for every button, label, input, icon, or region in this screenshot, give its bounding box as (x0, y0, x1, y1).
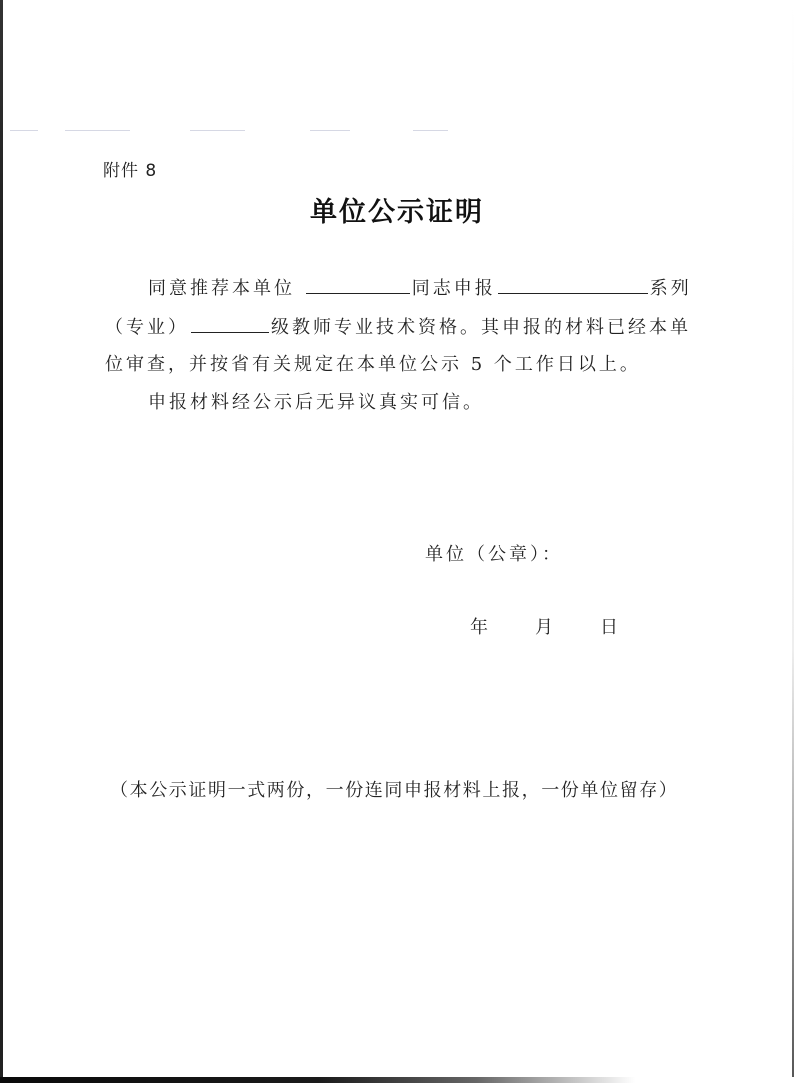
scan-artifact-line (310, 130, 350, 131)
paragraph1-line3: 位审查，并按省有关规定在本单位公示 5 个工作日以上。 (105, 350, 641, 376)
date-day-label: 日 (600, 613, 618, 639)
text-qualification: 级教师专业技术资格。其申报的材料已经本单 (271, 317, 691, 338)
scan-artifact-line (413, 130, 448, 131)
text-recommend: 同意推荐本单位 (148, 278, 295, 299)
series-field[interactable] (498, 275, 648, 294)
paragraph2: 申报材料经公示后无异议真实可信。 (148, 388, 484, 414)
text-major: （专业） (105, 317, 189, 338)
scan-artifact-line (190, 130, 245, 131)
scan-artifact-line (10, 130, 38, 131)
level-field[interactable] (191, 314, 269, 333)
scan-artifact-line (65, 130, 130, 131)
paragraph1-line2: （专业）级教师专业技术资格。其申报的材料已经本单 (105, 313, 691, 339)
attachment-label: 附件 8 (103, 156, 157, 181)
name-field[interactable] (306, 275, 410, 294)
footnote: （本公示证明一式两份，一份连同申报材料上报，一份单位留存） (110, 776, 678, 802)
text-apply: 同志申报 (412, 278, 496, 299)
seal-label: 单位（公章）： (425, 540, 563, 566)
paragraph1-line1: 同意推荐本单位 同志申报系列 (148, 274, 692, 300)
scan-edge-bottom (0, 1077, 794, 1083)
date-month-label: 月 (535, 613, 553, 639)
document-title: 单位公示证明 (0, 190, 794, 229)
date-year-label: 年 (470, 613, 488, 639)
scan-edge-left (0, 0, 3, 1083)
text-series: 系列 (650, 278, 692, 299)
